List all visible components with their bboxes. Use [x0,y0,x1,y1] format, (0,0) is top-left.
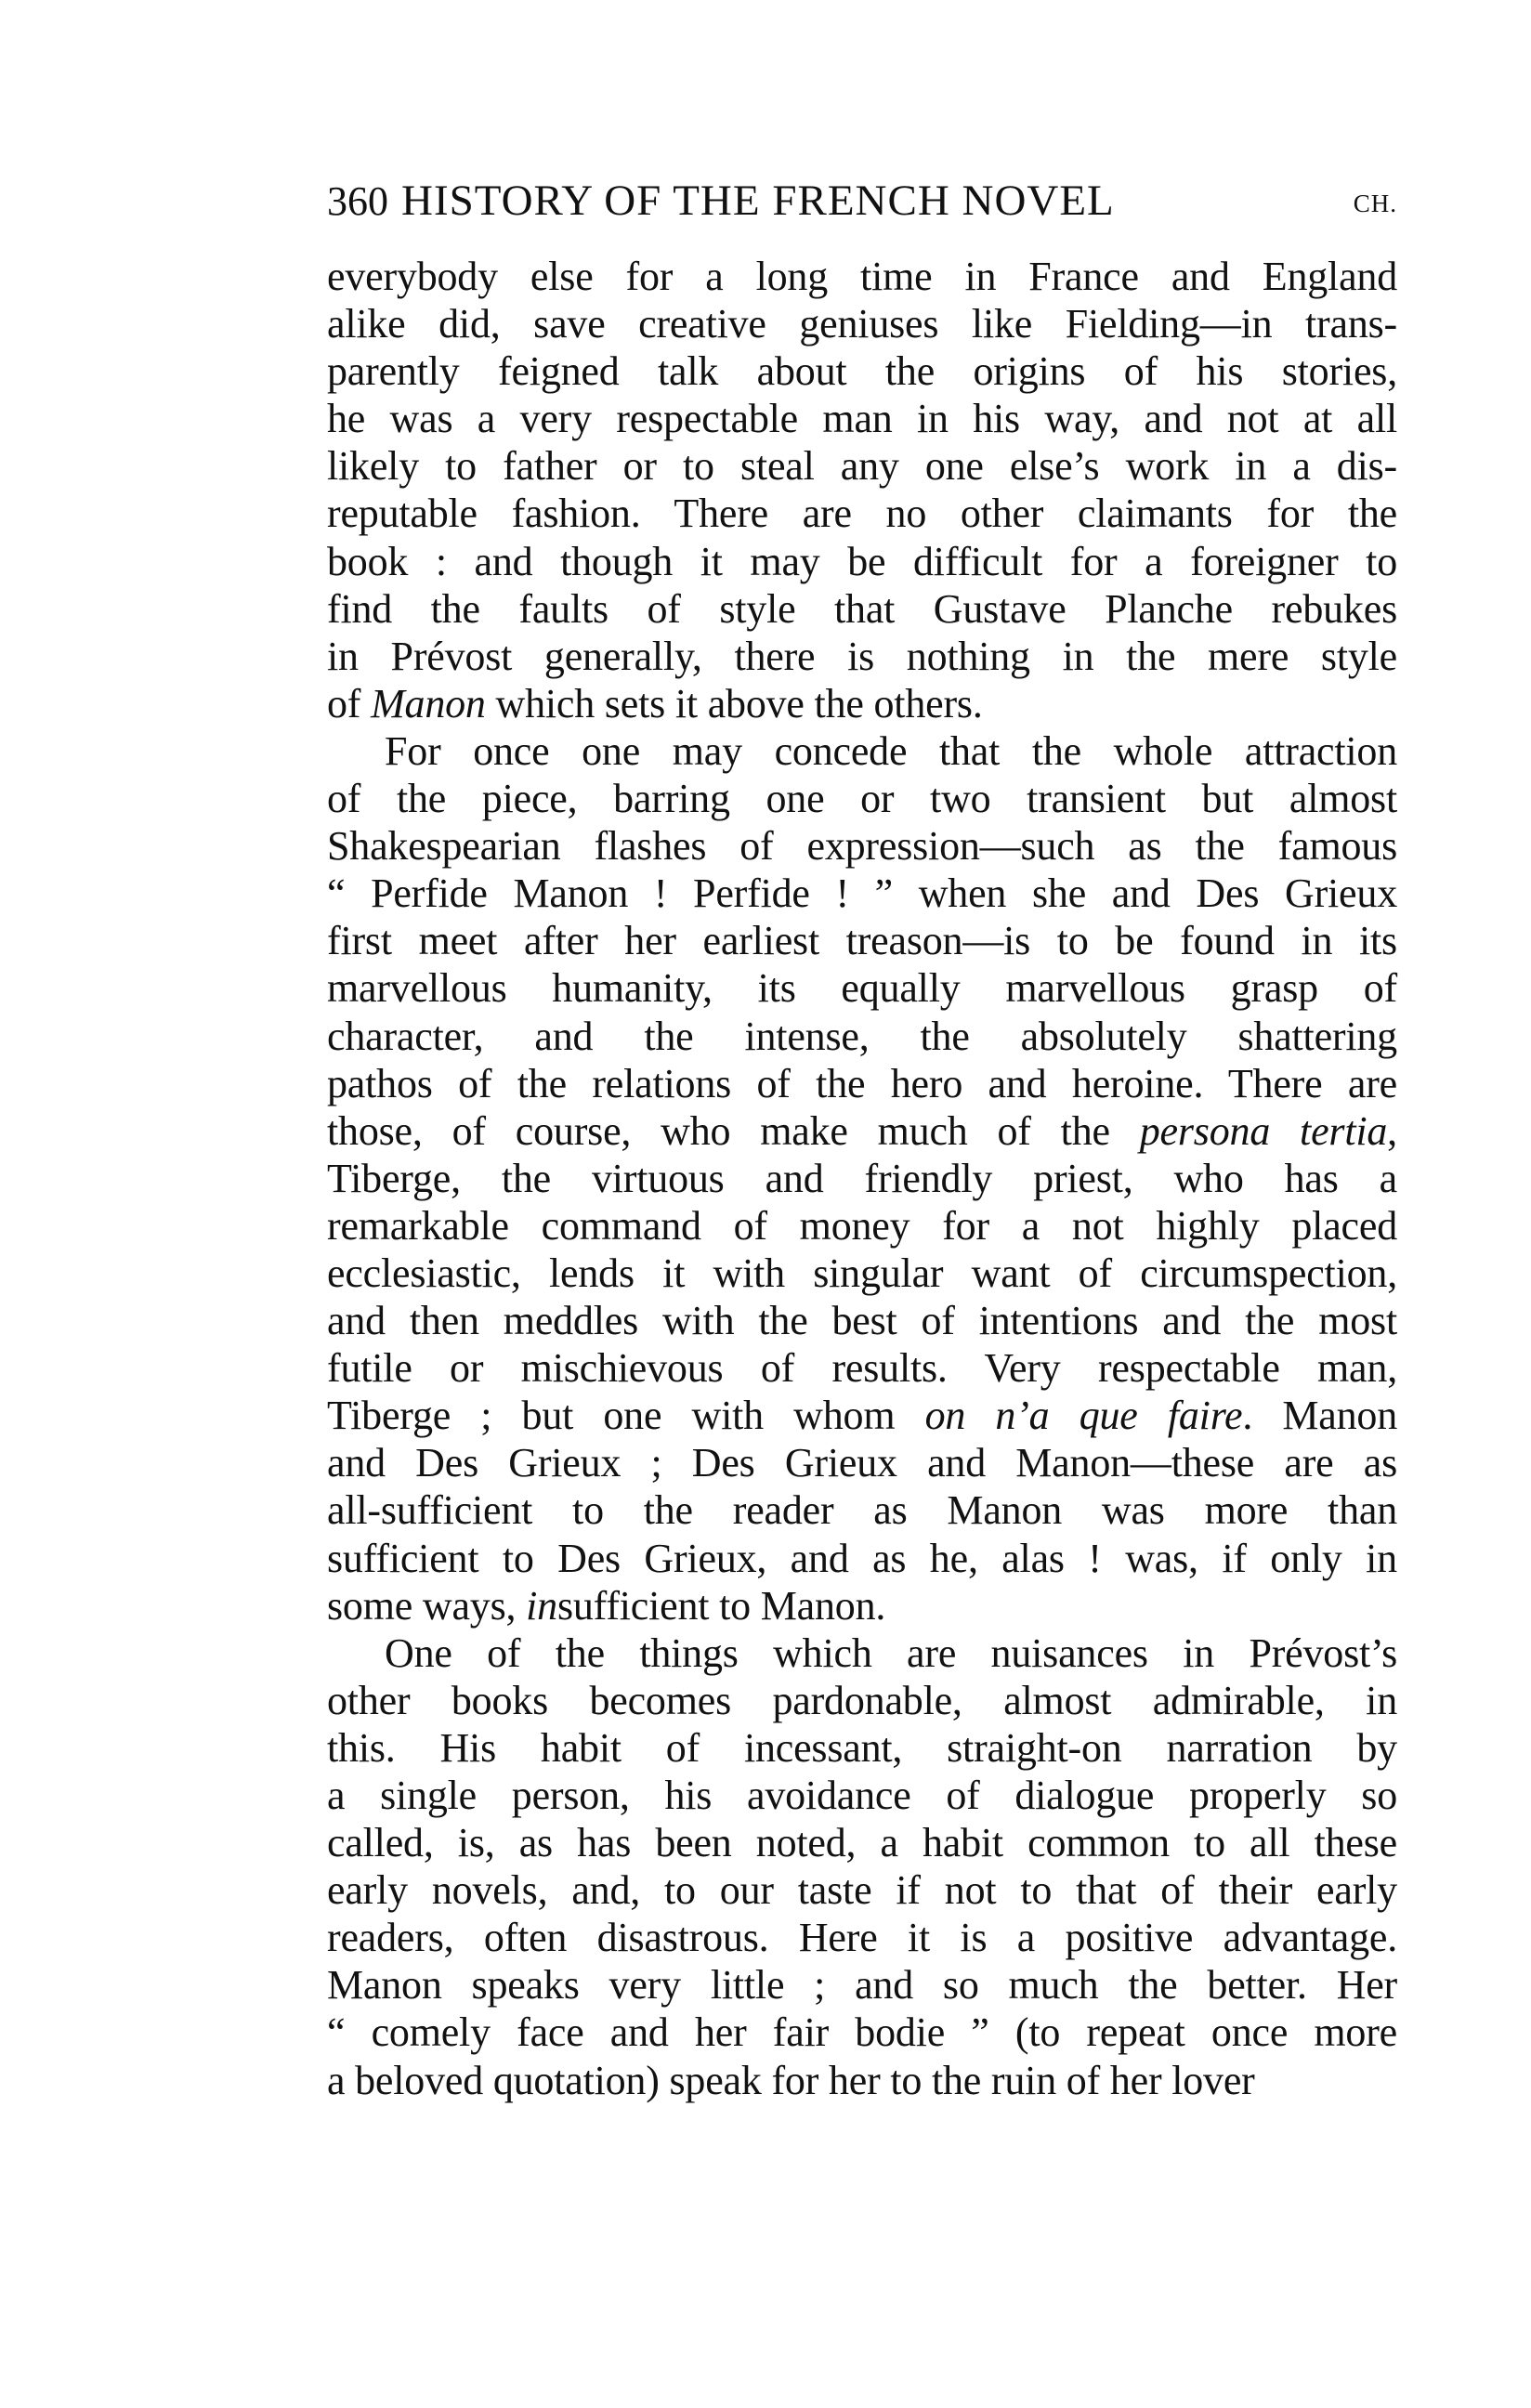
text-run: those, of course, who make much of the [327,1108,1140,1154]
text-line: other books becomes pardonable, almost a… [327,1677,1397,1724]
italic-text: persona tertia [1140,1108,1387,1154]
text-run: of [327,681,371,726]
text-line: he was a very respectable man in his way… [327,395,1397,442]
body-text: everybody else for a long time in France… [327,253,1397,2104]
text-line: Shakespearian flashes of expression—such… [327,822,1397,870]
text-line: those, of course, who make much of the p… [327,1107,1397,1155]
paragraph: One of the things which are nuisances in… [327,1629,1397,2104]
text-line: a single person, his avoidance of dialog… [327,1772,1397,1819]
text-line: sufficient to Des Grieux, and as he, ala… [327,1535,1397,1582]
text-line: in Prévost generally, there is nothing i… [327,633,1397,680]
text-line: find the faults of style that Gustave Pl… [327,585,1397,633]
text-run: sufficient to Manon. [557,1583,885,1629]
text-run: which sets it above the others. [486,681,983,726]
text-line: early novels, and, to our taste if not t… [327,1866,1397,1914]
page-number: 360 [327,178,388,224]
text-line: ecclesiastic, lends it with singular wan… [327,1250,1397,1297]
text-line: Tiberge ; but one with whom on n’a que f… [327,1392,1397,1439]
text-run: some ways, [327,1583,526,1629]
text-line: first meet after her earliest treason—is… [327,917,1397,964]
text-line: remarkable command of money for a not hi… [327,1202,1397,1250]
text-line: Manon speaks very little ; and so much t… [327,1961,1397,2009]
text-line: pathos of the relations of the hero and … [327,1060,1397,1107]
italic-text: in [526,1583,557,1629]
paragraph: everybody else for a long time in France… [327,253,1397,727]
text-line: “ Perfide Manon ! Perfide ! ” when she a… [327,870,1397,917]
text-line: book : and though it may be difficult fo… [327,538,1397,585]
paragraph: For once one may concede that the whole … [327,727,1397,1629]
running-title: HISTORY OF THE FRENCH NOVEL [401,177,1115,225]
text-line: readers, often disastrous. Here it is a … [327,1914,1397,1961]
running-head: 360HISTORY OF THE FRENCH NOVEL CH. [327,173,1397,229]
text-line: and Des Grieux ; Des Grieux and Manon—th… [327,1439,1397,1486]
text-line: character, and the intense, the absolute… [327,1013,1397,1060]
text-line: futile or mischievous of results. Very r… [327,1344,1397,1392]
text-line: some ways, insufficient to Manon. [327,1582,1397,1629]
text-run: . Manon [1242,1393,1397,1438]
chapter-abbreviation: CH. [1354,176,1397,231]
text-line: and then meddles with the best of intent… [327,1297,1397,1344]
text-line: called, is, as has been noted, a habit c… [327,1819,1397,1866]
text-line: all-sufficient to the reader as Manon wa… [327,1486,1397,1534]
text-line: of the piece, barring one or two transie… [327,775,1397,822]
text-line: a beloved quotation) speak for her to th… [327,2057,1397,2104]
text-line: likely to father or to steal any one els… [327,442,1397,490]
text-line: “ comely face and her fair bodie ” (to r… [327,2009,1397,2056]
text-line: of Manon which sets it above the others. [327,680,1397,727]
text-line: Tiberge, the virtuous and friendly pries… [327,1155,1397,1202]
text-run: Tiberge ; but one with whom [327,1393,925,1438]
text-line: alike did, save creative geniuses like F… [327,300,1397,347]
text-line: everybody else for a long time in France… [327,253,1397,300]
italic-text: on n’a que faire [925,1393,1243,1438]
text-run: , [1387,1108,1397,1154]
text-line: this. His habit of incessant, straight-o… [327,1724,1397,1772]
italic-text: Manon [371,681,486,726]
text-line: For once one may concede that the whole … [327,727,1397,775]
text-line: parently feigned talk about the origins … [327,347,1397,395]
text-line: marvellous humanity, its equally marvell… [327,964,1397,1012]
text-line: reputable fashion. There are no other cl… [327,490,1397,537]
text-line: One of the things which are nuisances in… [327,1629,1397,1677]
